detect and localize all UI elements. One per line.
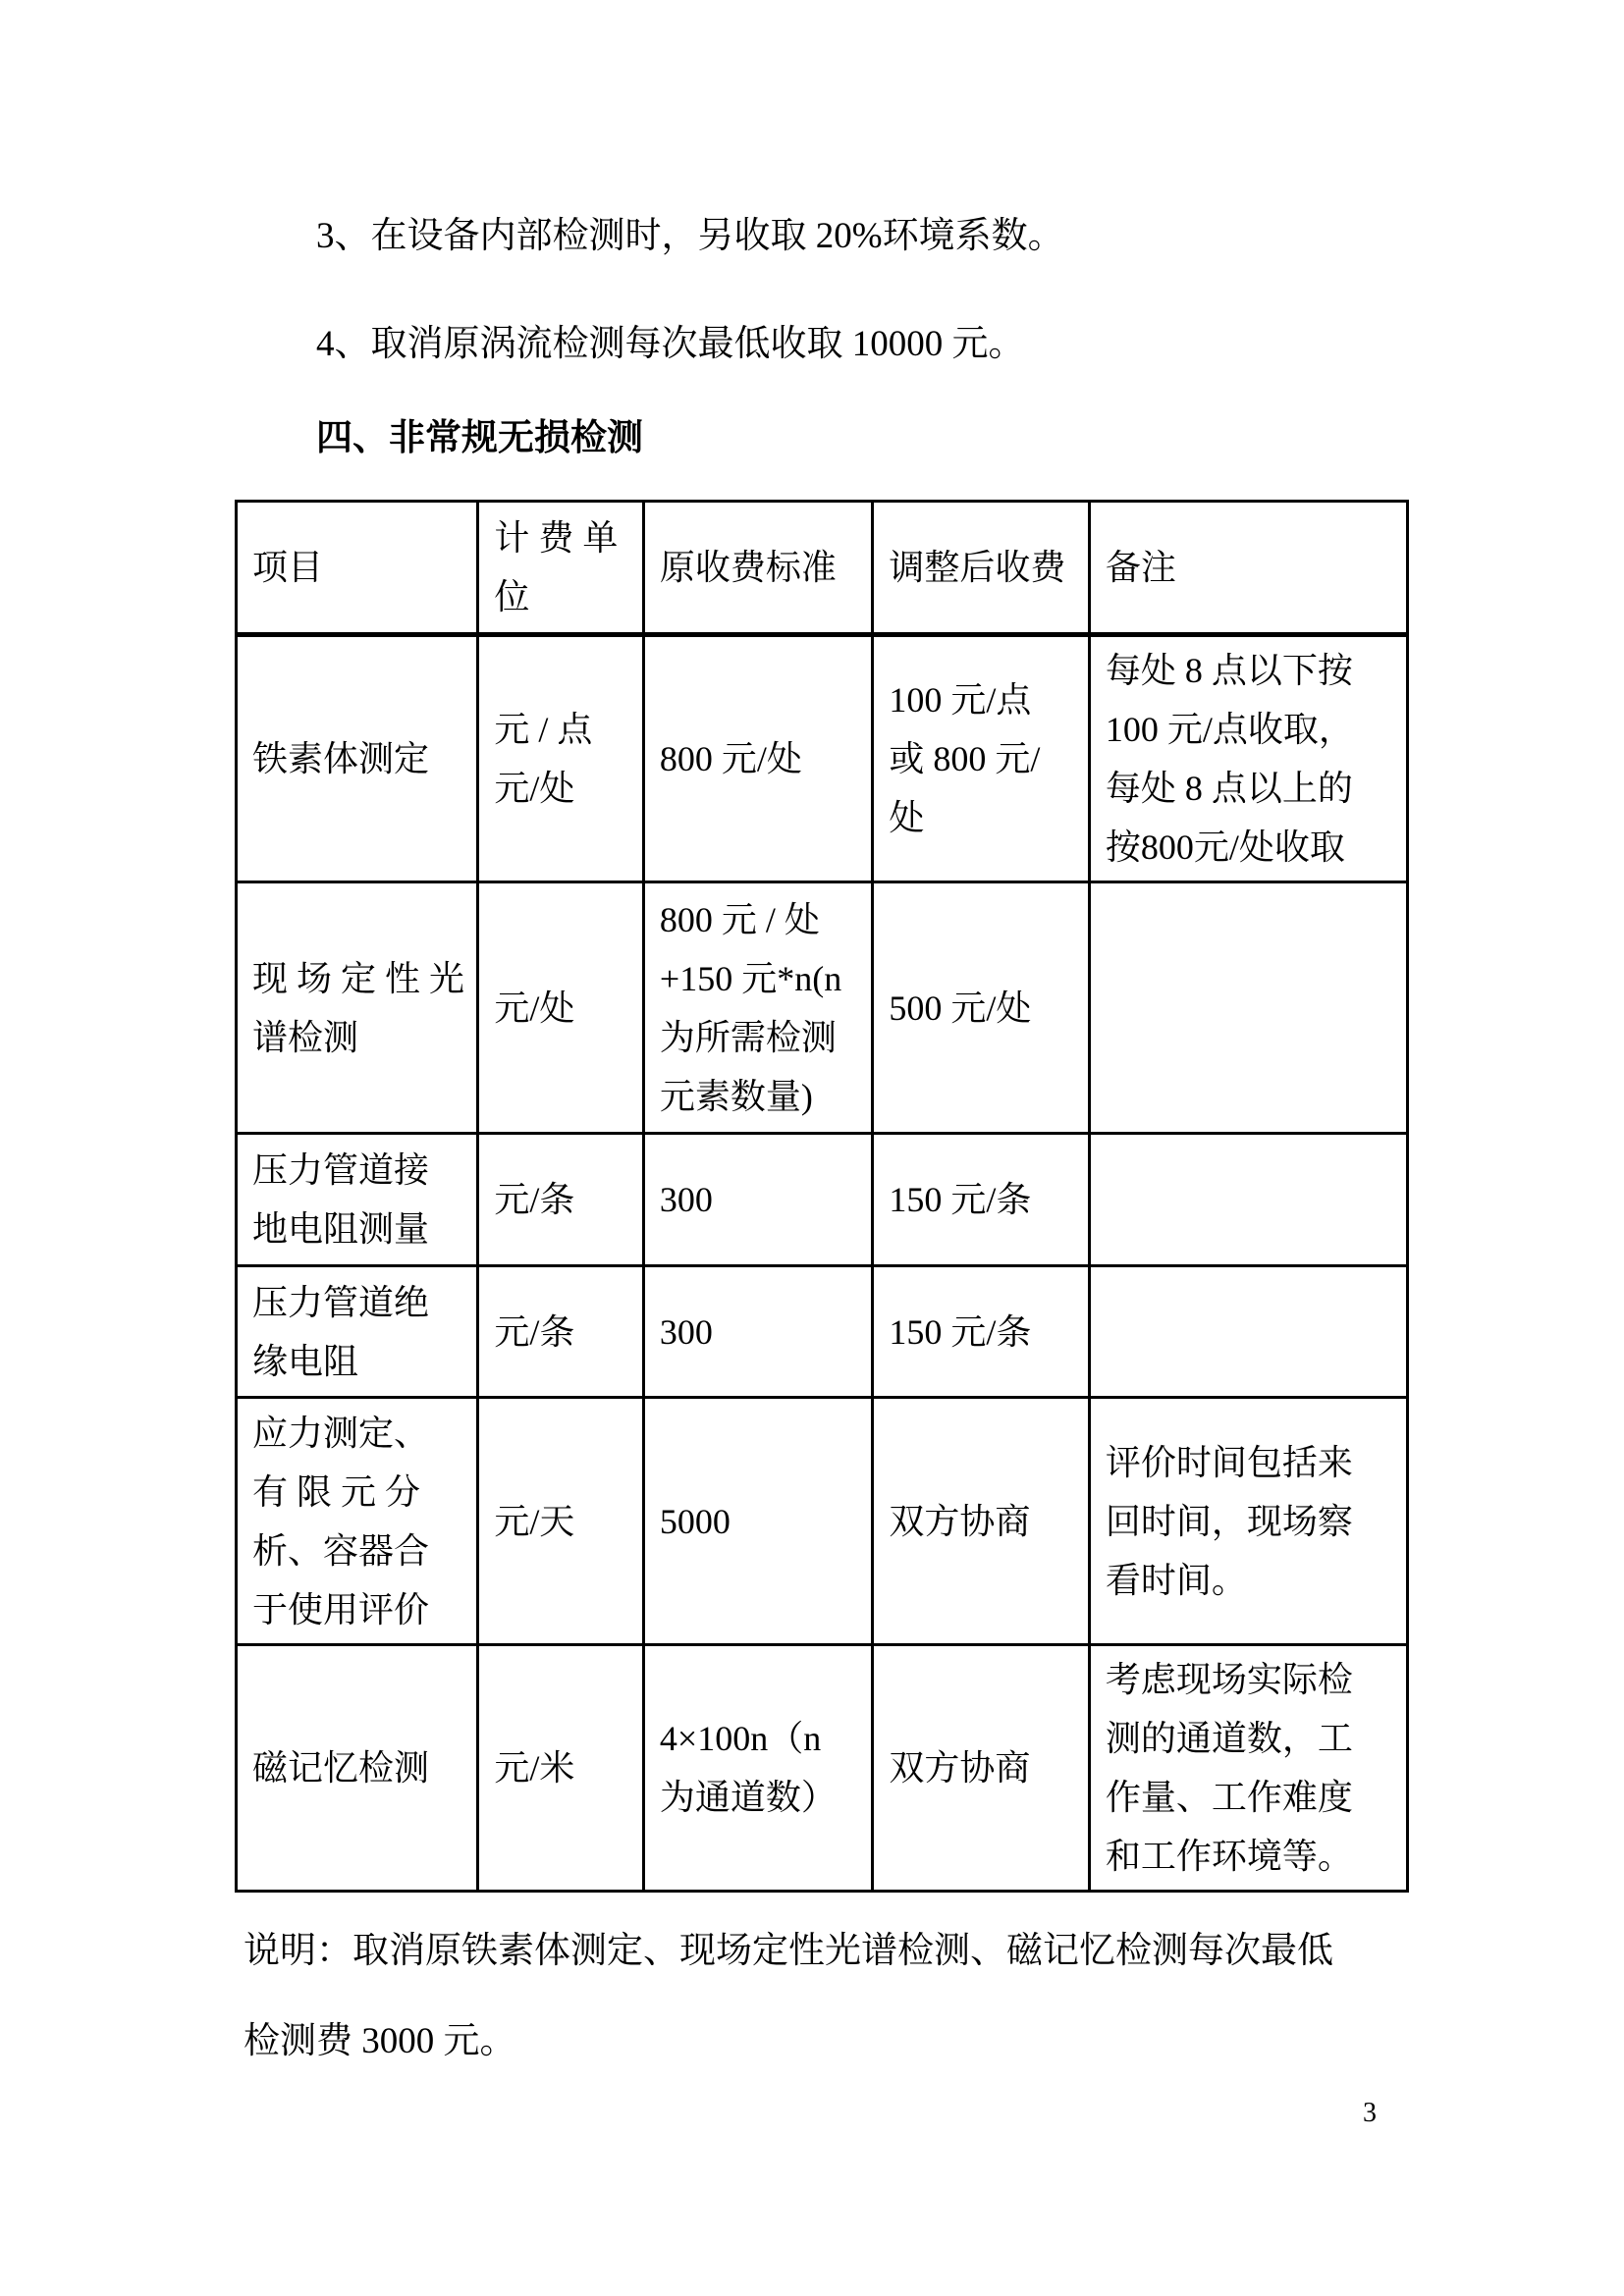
table-cell: 元/米 <box>478 1645 644 1892</box>
table-cell <box>1089 1134 1407 1266</box>
document-page: 3、在设备内部检测时，另收取 20%环境系数。 4、取消原涡流检测每次最低收取 … <box>0 0 1624 2296</box>
page-number: 3 <box>1363 2097 1377 2130</box>
table-cell: 100 元/点 或 800 元/ 处 <box>873 635 1089 882</box>
table-row: 铁素体测定 元 / 点 元/处 800 元/处 100 元/点 或 800 元/… <box>237 635 1408 882</box>
table-cell: 150 元/条 <box>873 1134 1089 1266</box>
table-cell: 双方协商 <box>873 1645 1089 1892</box>
table-cell: 铁素体测定 <box>237 635 478 882</box>
table-cell: 800 元 / 处 +150 元*n(n 为所需检测 元素数量) <box>643 882 872 1134</box>
table-cell: 元/处 <box>478 882 644 1134</box>
paragraph-item-4: 4、取消原涡流检测每次最低收取 10000 元。 <box>316 322 1025 367</box>
table-cell: 5000 <box>643 1398 872 1645</box>
table-header-row: 项目 计 费 单 位 原收费标准 调整后收费 备注 <box>237 502 1408 635</box>
table-cell: 评价时间包括来 回时间，现场察 看时间。 <box>1089 1398 1407 1645</box>
table-cell: 元/条 <box>478 1134 644 1266</box>
table-cell <box>1089 1266 1407 1398</box>
table-cell: 300 <box>643 1134 872 1266</box>
table-cell: 800 元/处 <box>643 635 872 882</box>
table-cell: 每处 8 点以下按 100 元/点收取， 每处 8 点以上的 按800元/处收取 <box>1089 635 1407 882</box>
table-cell: 现 场 定 性 光 谱检测 <box>237 882 478 1134</box>
fee-table: 项目 计 费 单 位 原收费标准 调整后收费 备注 铁素体测定 元 / 点 元/… <box>235 500 1409 1893</box>
table-cell: 元 / 点 元/处 <box>478 635 644 882</box>
table-row: 压力管道接 地电阻测量 元/条 300 150 元/条 <box>237 1134 1408 1266</box>
table-header-cell: 备注 <box>1089 502 1407 635</box>
table-cell: 磁记忆检测 <box>237 1645 478 1892</box>
table-cell: 元/条 <box>478 1266 644 1398</box>
table-cell: 元/天 <box>478 1398 644 1645</box>
table-row: 应力测定、 有 限 元 分 析、容器合 于使用评价 元/天 5000 双方协商 … <box>237 1398 1408 1645</box>
table-cell: 150 元/条 <box>873 1266 1089 1398</box>
table-cell: 双方协商 <box>873 1398 1089 1645</box>
table-cell: 4×100n（n 为通道数） <box>643 1645 872 1892</box>
table-cell: 应力测定、 有 限 元 分 析、容器合 于使用评价 <box>237 1398 478 1645</box>
table-note: 说明：取消原铁素体测定、现场定性光谱检测、磁记忆检测每次最低 检测费 3000 … <box>244 1906 1402 2087</box>
table-row: 现 场 定 性 光 谱检测 元/处 800 元 / 处 +150 元*n(n 为… <box>237 882 1408 1134</box>
section-heading: 四、非常规无损检测 <box>316 416 643 461</box>
table-cell: 考虑现场实际检 测的通道数，工 作量、工作难度 和工作环境等。 <box>1089 1645 1407 1892</box>
table-cell: 压力管道绝 缘电阻 <box>237 1266 478 1398</box>
table-header-cell: 计 费 单 位 <box>478 502 644 635</box>
table-row: 压力管道绝 缘电阻 元/条 300 150 元/条 <box>237 1266 1408 1398</box>
table-header-cell: 原收费标准 <box>643 502 872 635</box>
table-cell: 300 <box>643 1266 872 1398</box>
table-cell: 500 元/处 <box>873 882 1089 1134</box>
table-header-cell: 调整后收费 <box>873 502 1089 635</box>
paragraph-item-3: 3、在设备内部检测时，另收取 20%环境系数。 <box>316 214 1064 259</box>
table-row: 磁记忆检测 元/米 4×100n（n 为通道数） 双方协商 考虑现场实际检 测的… <box>237 1645 1408 1892</box>
table-cell <box>1089 882 1407 1134</box>
table-header-cell: 项目 <box>237 502 478 635</box>
table-cell: 压力管道接 地电阻测量 <box>237 1134 478 1266</box>
